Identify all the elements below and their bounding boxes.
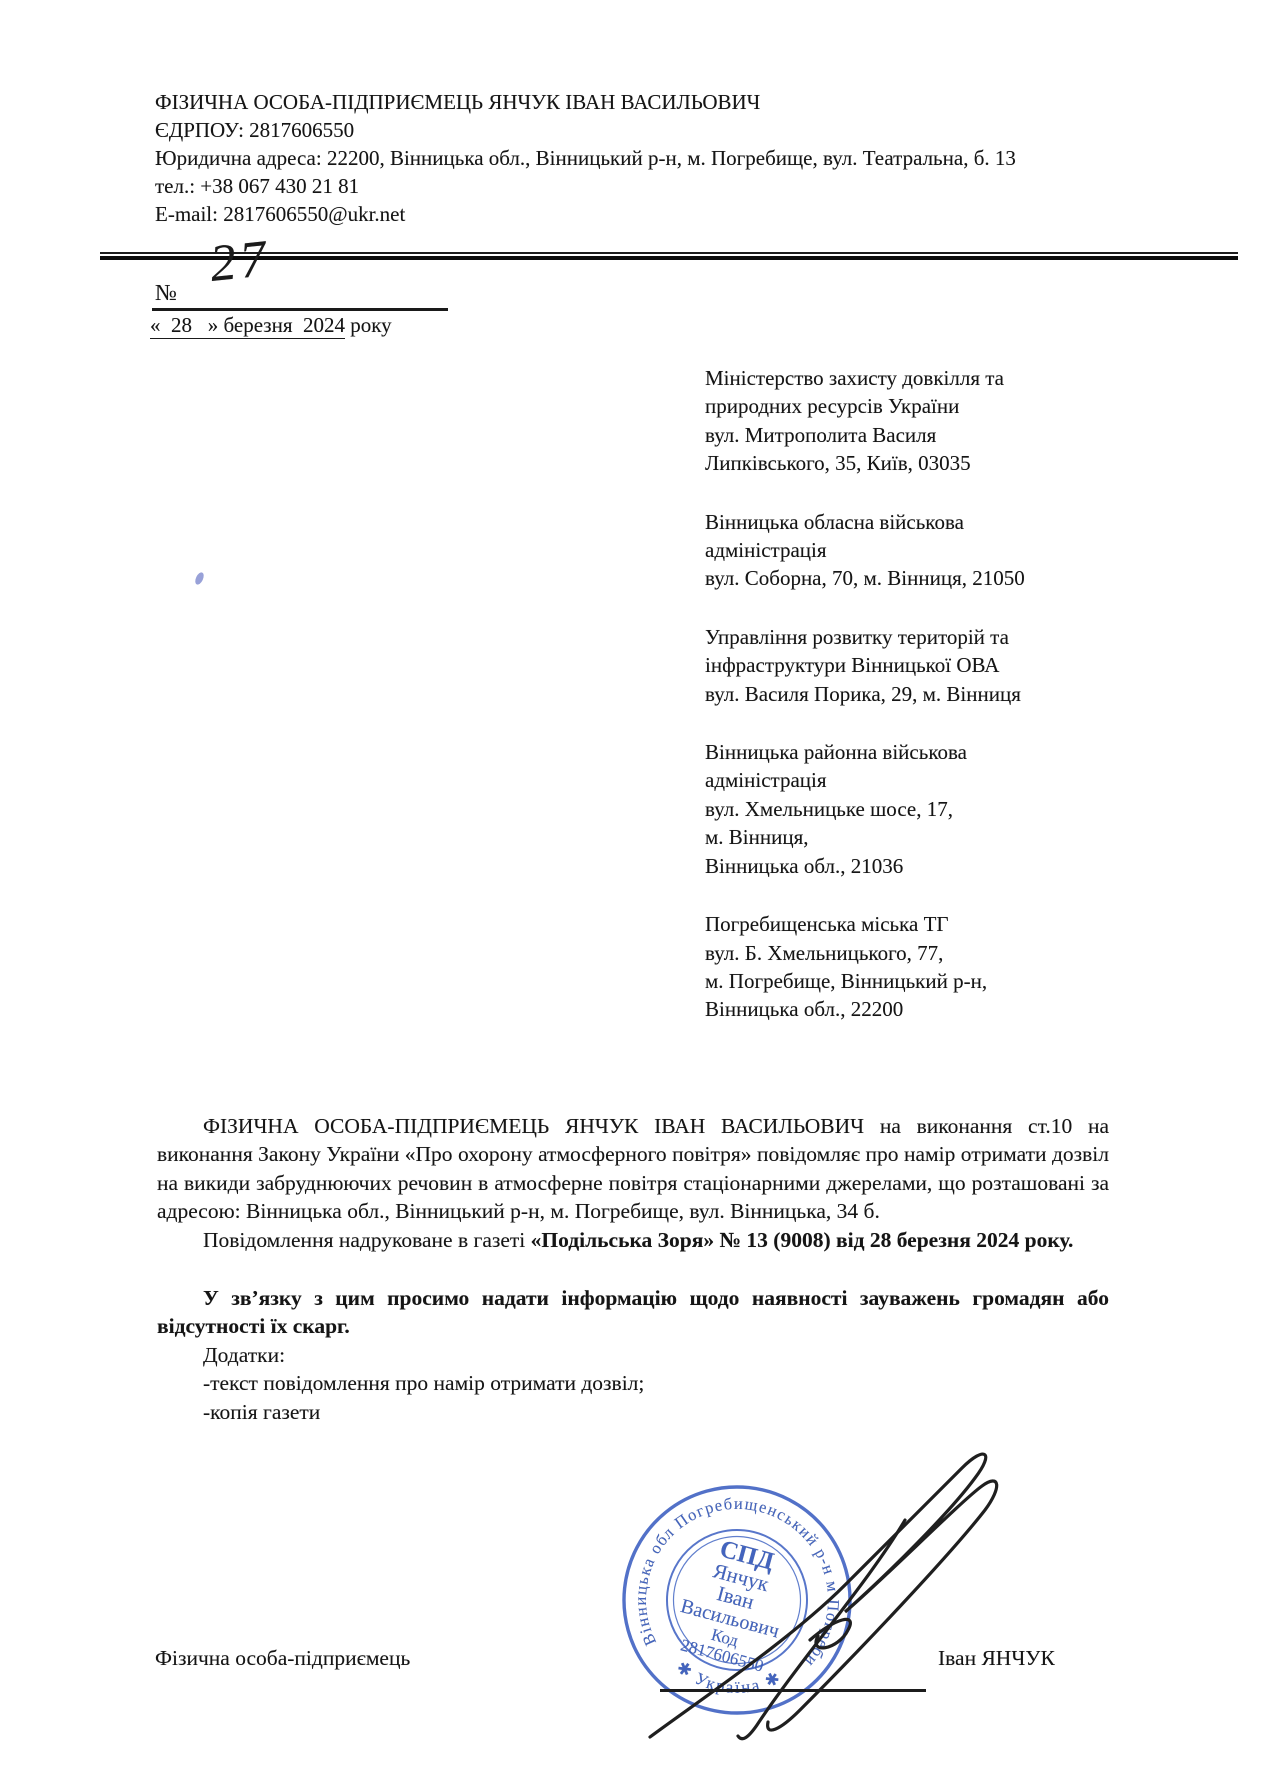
recipient-line: вул. Соборна, 70, м. Вінниця, 21050: [705, 564, 1075, 592]
recipient-line: Управління розвитку територій та: [705, 623, 1075, 651]
recipient-ministry: Міністерство захисту довкілля та природн…: [705, 364, 1075, 478]
attachment-item-1: -текст повідомлення про намір отримати д…: [157, 1369, 1109, 1397]
body-p1-caps: ФІЗИЧНА ОСОБА-ПІДПРИЄМЕЦЬ ЯНЧУК ІВАН ВАС…: [203, 1114, 864, 1138]
recipient-infrastructure-dept: Управління розвитку територій та інфраст…: [705, 623, 1075, 708]
recipient-line: Вінницька обласна військова: [705, 508, 1075, 536]
letter-body: ФІЗИЧНА ОСОБА-ПІДПРИЄМЕЦЬ ЯНЧУК ІВАН ВАС…: [157, 1112, 1109, 1426]
recipient-line: м. Погребище, Вінницький р-н,: [705, 967, 1075, 995]
recipient-line: інфраструктури Вінницької ОВА: [705, 651, 1075, 679]
ref-number-handwritten: 27: [207, 229, 273, 294]
recipient-line: вул. Б. Хмельницького, 77,: [705, 939, 1075, 967]
ref-date-line: « 28 » березня 2024 року: [150, 313, 392, 338]
attachments-label: Додатки:: [157, 1341, 1109, 1369]
recipient-line: адміністрація: [705, 766, 1075, 794]
ink-mark: [194, 571, 206, 586]
recipients-block: Міністерство захисту довкілля та природн…: [705, 364, 1075, 1054]
recipient-line: адміністрація: [705, 536, 1075, 564]
recipient-line: Липківського, 35, Київ, 03035: [705, 449, 1075, 477]
attachment-item-2: -копія газети: [157, 1398, 1109, 1426]
ref-number-label: №: [155, 280, 177, 306]
body-paragraph-2: Повідомлення надруковане в газеті «Поділ…: [157, 1226, 1109, 1254]
signatory-role: Фізична особа-підприємець: [155, 1646, 410, 1671]
recipient-raion-administration: Вінницька районна військова адміністраці…: [705, 738, 1075, 880]
body-p2-bold: «Подільська Зоря» № 13 (9008) від 28 бер…: [531, 1228, 1074, 1252]
recipient-line: Вінницька районна військова: [705, 738, 1075, 766]
ref-date-suffix: року: [345, 313, 392, 337]
sender-email: E-mail: 2817606550@ukr.net: [155, 200, 1016, 228]
recipient-line: Вінницька обл., 21036: [705, 852, 1075, 880]
body-paragraph-1: ФІЗИЧНА ОСОБА-ПІДПРИЄМЕЦЬ ЯНЧУК ІВАН ВАС…: [157, 1112, 1109, 1226]
sender-name: ФІЗИЧНА ОСОБА-ПІДПРИЄМЕЦЬ ЯНЧУК ІВАН ВАС…: [155, 88, 1016, 116]
scanned-letter-page: ФІЗИЧНА ОСОБА-ПІДПРИЄМЕЦЬ ЯНЧУК ІВАН ВАС…: [0, 0, 1262, 1769]
sender-edrpou: ЄДРПОУ: 2817606550: [155, 116, 1016, 144]
recipient-line: вул. Василя Порика, 29, м. Вінниця: [705, 680, 1075, 708]
signature-ink-graphic: [560, 1440, 1040, 1769]
recipient-line: вул. Митрополита Василя: [705, 421, 1075, 449]
sender-address: Юридична адреса: 22200, Вінницька обл., …: [155, 144, 1016, 172]
recipient-line: Вінницька обл., 22200: [705, 995, 1075, 1023]
ref-number-underline: [152, 308, 448, 311]
recipient-line: Міністерство захисту довкілля та: [705, 364, 1075, 392]
recipient-line: вул. Хмельницьке шосе, 17,: [705, 795, 1075, 823]
body-paragraph-3: У зв’язку з цим просимо надати інформаці…: [157, 1284, 1109, 1341]
sender-header: ФІЗИЧНА ОСОБА-ПІДПРИЄМЕЦЬ ЯНЧУК ІВАН ВАС…: [155, 88, 1016, 228]
body-p3-bold: У зв’язку з цим просимо надати інформаці…: [157, 1286, 1109, 1338]
recipient-oblast-administration: Вінницька обласна військова адміністраці…: [705, 508, 1075, 593]
header-divider-rule: [100, 252, 1238, 260]
body-p2-plain: Повідомлення надруковане в газеті: [203, 1228, 531, 1252]
recipient-line: Погребищенська міська ТГ: [705, 910, 1075, 938]
sender-phone: тел.: +38 067 430 21 81: [155, 172, 1016, 200]
ref-date-underlined: « 28 » березня 2024: [150, 313, 345, 339]
recipient-city-community: Погребищенська міська ТГ вул. Б. Хмельни…: [705, 910, 1075, 1024]
recipient-line: м. Вінниця,: [705, 823, 1075, 851]
recipient-line: природних ресурсів України: [705, 392, 1075, 420]
